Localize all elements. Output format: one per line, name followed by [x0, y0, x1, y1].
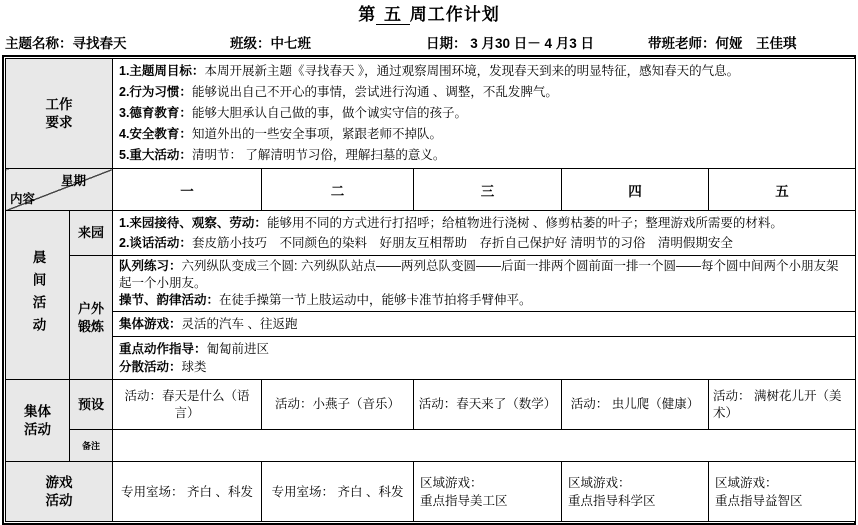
theme-name: 主题名称：寻找春天: [5, 32, 127, 52]
game-activity-label: 游戏活动: [6, 462, 113, 522]
day-header-tuesday: 二: [262, 169, 414, 211]
req-item: 2.行为习惯：能够说出自己不开心的事情，尝试进行沟通 、调整，不乱发脾气。: [119, 82, 849, 103]
game-cell-line: 重点指导美工区: [420, 492, 555, 510]
preset-cell-monday: 活动：春天是什么（语言）: [113, 380, 262, 430]
note-label-text: 备注: [70, 437, 112, 455]
work-requirements-content: 1.主题周目标：本周开展新主题《寻找春天 》，通过观察周围环境，发现春天到来的明…: [113, 59, 856, 169]
game-cell-line: 专用室场： 齐白 、科发: [119, 483, 255, 501]
scatter-line: 分散活动：球类: [119, 358, 849, 376]
drill-value: 六列纵队变成三个圆: 六列纵队站点——两列总队变圆——后面一排两个圆前面一排一个…: [119, 259, 838, 290]
req-item: 4.安全教育：知道外出的一些安全事项，紧跟老师不掉队。: [119, 124, 849, 145]
group-game-value: 灵活的汽车 、往返跑: [182, 317, 298, 331]
collective-activity-label: 集体活动: [6, 380, 70, 462]
row-key-guidance: 重点动作指导：匍匐前进区 分散活动：球类: [6, 337, 856, 380]
game-cell-line: 专用室场： 齐白 、科发: [268, 483, 407, 501]
arrival-line-value: 能够用不同的方式进行打招呼；给植物进行浇树 、修剪枯萎的叶子；整理游戏所需要的材…: [267, 216, 783, 230]
preset-cell-friday: 活动： 满树花儿开（美术）: [709, 380, 856, 430]
rhythm-value: 在徒手操第一节上肢运动中，能够卡准节拍将手臂伸平。: [219, 293, 532, 307]
day-header-friday: 五: [709, 169, 856, 211]
req-item-key: 4.安全教育：: [119, 127, 192, 141]
preset-label-text: 预设: [70, 396, 112, 414]
corner-diagonal-cell: 星期 内容: [6, 169, 113, 211]
plan-table-frame: 工作要求 1.主题周目标：本周开展新主题《寻找春天 》，通过观察周围环境，发现春…: [2, 55, 856, 525]
day-header-wednesday: 三: [414, 169, 562, 211]
outdoor-exercise-label: 户外锻炼: [70, 256, 113, 380]
scatter-value: 球类: [182, 360, 207, 374]
work-requirements-label: 工作要求: [6, 59, 113, 169]
req-item-value: 本周开展新主题《寻找春天 》，通过观察周围环境，发现春天到来的明显特征，感知春天…: [204, 64, 739, 78]
game-cell-line: 重点指导科学区: [568, 492, 702, 510]
req-item-key: 3.德育教育：: [119, 106, 192, 120]
title-week-number: 五: [376, 5, 409, 25]
teacher-names: 带班老师：何娅 王佳琪: [648, 32, 797, 52]
req-item-key: 1.主题周目标：: [119, 64, 204, 78]
row-weekday-header: 星期 内容 一 二 三 四 五: [6, 169, 856, 211]
key-guide-line: 重点动作指导：匍匐前进区: [119, 340, 849, 358]
corner-label-week: 星期: [61, 171, 86, 189]
row-game-activity: 游戏活动 专用室场： 齐白 、科发 专用室场： 齐白 、科发 区域游戏： 重点指…: [6, 462, 856, 522]
drill-line: 队列练习：六列纵队变成三个圆: 六列纵队站点——两列总队变圆——后面一排两个圆前…: [119, 258, 849, 292]
arrival-content: 1.来园接待、观察、劳动：能够用不同的方式进行打招呼；给植物进行浇树 、修剪枯萎…: [113, 211, 856, 256]
game-cell-monday: 专用室场： 齐白 、科发: [113, 462, 262, 522]
group-game-line: 集体游戏：灵活的汽车 、往返跑: [119, 316, 849, 333]
req-item-value: 清明节： 了解清明节习俗，理解扫墓的意义。: [192, 148, 445, 162]
day-header-monday: 一: [113, 169, 262, 211]
arrival-line: 1.来园接待、观察、劳动：能够用不同的方式进行打招呼；给植物进行浇树 、修剪枯萎…: [119, 213, 849, 233]
row-work-requirements: 工作要求 1.主题周目标：本周开展新主题《寻找春天 》，通过观察周围环境，发现春…: [6, 59, 856, 169]
req-item: 3.德育教育：能够大胆承认自己做的事，做个诚实守信的孩子。: [119, 103, 849, 124]
req-item-value: 能够大胆承认自己做的事，做个诚实守信的孩子。: [192, 106, 467, 120]
key-guide-key: 重点动作指导：: [119, 342, 207, 356]
row-collective-preset: 集体活动 预设 活动：春天是什么（语言） 活动：小燕子（音乐） 活动：春天来了（…: [6, 380, 856, 430]
scatter-key: 分散活动：: [119, 360, 182, 374]
rhythm-key: 操节、韵律活动：: [119, 293, 219, 307]
note-label: 备注: [70, 430, 113, 462]
class-name: 班级：中七班: [230, 32, 311, 52]
game-cell-wednesday: 区域游戏： 重点指导美工区: [414, 462, 562, 522]
group-game-key: 集体游戏：: [119, 317, 182, 331]
key-guidance-content: 重点动作指导：匍匐前进区 分散活动：球类: [113, 337, 856, 380]
outdoor-exercise-label-text: 户外锻炼: [75, 300, 107, 336]
arrival-line-key: 1.来园接待、观察、劳动：: [119, 216, 267, 230]
req-item-key: 5.重大活动：: [119, 148, 192, 162]
drill-key: 队列练习：: [119, 259, 182, 273]
game-cell-line: 区域游戏：: [420, 474, 555, 492]
corner-label-content: 内容: [10, 189, 35, 207]
game-cell-line: 区域游戏：: [715, 474, 849, 492]
rhythm-line: 操节、韵律活动：在徒手操第一节上肢运动中，能够卡准节拍将手臂伸平。: [119, 292, 849, 309]
work-requirements-label-text: 工作要求: [43, 96, 75, 132]
req-item: 1.主题周目标：本周开展新主题《寻找春天 》，通过观察周围环境，发现春天到来的明…: [119, 61, 849, 82]
game-cell-friday: 区域游戏： 重点指导益智区: [709, 462, 856, 522]
req-item-key: 2.行为习惯：: [119, 85, 192, 99]
outdoor-drill-content: 队列练习：六列纵队变成三个圆: 六列纵队站点——两列总队变圆——后面一排两个圆前…: [113, 256, 856, 312]
game-cell-line: 区域游戏：: [568, 474, 702, 492]
document-info-line: 主题名称：寻找春天 班级：中七班 日期： 3 月30 日－ 4 月3 日 带班老…: [2, 29, 856, 55]
row-morning-arrival: 晨间活动 来园 1.来园接待、观察、劳动：能够用不同的方式进行打招呼；给植物进行…: [6, 211, 856, 256]
game-activity-label-text: 游戏活动: [43, 474, 75, 510]
morning-activity-label-text: 晨间活动: [29, 250, 47, 340]
req-item: 5.重大活动：清明节： 了解清明节习俗，理解扫墓的意义。: [119, 145, 849, 166]
arrival-label: 来园: [70, 211, 113, 256]
row-outdoor-drill: 户外锻炼 队列练习：六列纵队变成三个圆: 六列纵队站点——两列总队变圆——后面一…: [6, 256, 856, 312]
arrival-label-text: 来园: [70, 224, 112, 242]
page-title: 第 五 周工作计划: [2, 3, 856, 29]
day-header-thursday: 四: [562, 169, 709, 211]
note-content: [113, 430, 856, 462]
plan-table: 工作要求 1.主题周目标：本周开展新主题《寻找春天 》，通过观察周围环境，发现春…: [5, 58, 856, 522]
collective-activity-label-text: 集体活动: [22, 403, 54, 439]
arrival-line: 2.谈话活动：套皮筋小技巧 不同颜色的染料 好朋友互相帮助 存折自己保护好 清明…: [119, 233, 849, 253]
game-cell-tuesday: 专用室场： 齐白 、科发: [262, 462, 414, 522]
row-group-game: 集体游戏：灵活的汽车 、往返跑: [6, 312, 856, 337]
game-cell-thursday: 区域游戏： 重点指导科学区: [562, 462, 709, 522]
weekly-plan-document: 第 五 周工作计划 主题名称：寻找春天 班级：中七班 日期： 3 月30 日－ …: [0, 0, 858, 525]
preset-label: 预设: [70, 380, 113, 430]
req-item-value: 能够说出自己不开心的事情，尝试进行沟通 、调整，不乱发脾气。: [192, 85, 558, 99]
game-cell-line: 重点指导益智区: [715, 492, 849, 510]
title-suffix: 周工作计划: [410, 5, 500, 24]
arrival-line-key: 2.谈话活动：: [119, 236, 192, 250]
date-range: 日期： 3 月30 日－ 4 月3 日: [426, 32, 594, 52]
preset-cell-wednesday: 活动：春天来了（数学）: [414, 380, 562, 430]
key-guide-value: 匍匐前进区: [207, 342, 270, 356]
group-game-content: 集体游戏：灵活的汽车 、往返跑: [113, 312, 856, 337]
arrival-line-value: 套皮筋小技巧 不同颜色的染料 好朋友互相帮助 存折自己保护好 清明节的习俗 清明…: [192, 236, 733, 250]
title-prefix: 第: [358, 5, 376, 24]
row-collective-note: 备注: [6, 430, 856, 462]
morning-activity-label: 晨间活动: [6, 211, 70, 380]
preset-cell-tuesday: 活动：小燕子（音乐）: [262, 380, 414, 430]
req-item-value: 知道外出的一些安全事项，紧跟老师不掉队。: [192, 127, 442, 141]
preset-cell-thursday: 活动： 虫儿爬（健康）: [562, 380, 709, 430]
